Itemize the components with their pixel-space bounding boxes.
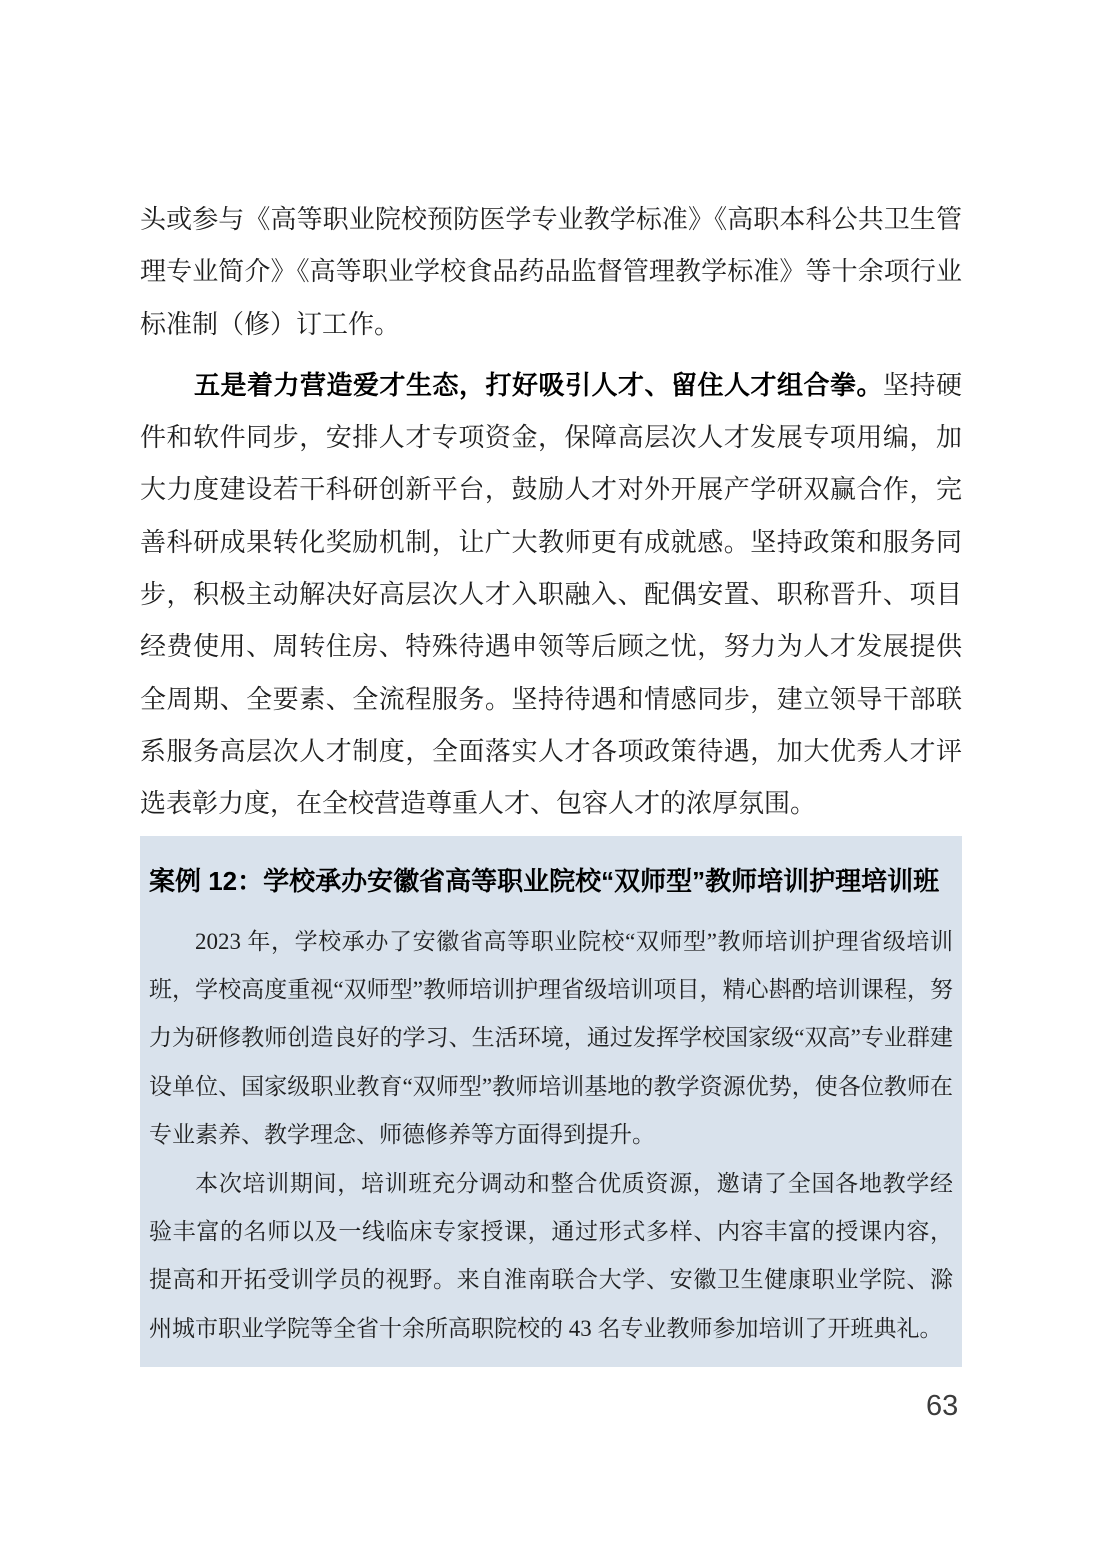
page-number: 63 — [926, 1390, 966, 1423]
case-study-box: 案例 12：学校承办安徽省高等职业院校“双师型”教师培训护理培训班 2023 年… — [140, 836, 962, 1368]
case-study-title: 案例 12：学校承办安徽省高等职业院校“双师型”教师培训护理培训班 — [149, 861, 953, 901]
case-study-paragraph-1: 2023 年，学校承办了安徽省高等职业院校“双师型”教师培训护理省级培训班，学校… — [149, 918, 953, 1160]
lead-paragraph-body: 坚持硬件和软件同步，安排人才专项资金，保障高层次人才发展专项用编，加大力度建设若… — [140, 371, 962, 818]
bold-lead-sentence: 五是着力营造爱才生态，打好吸引人才、留住人才组合拳。 — [194, 371, 883, 400]
document-page: 头或参与《高等职业院校预防医学专业教学标准》《高职本科公共卫生管理专业简介》《高… — [0, 0, 1102, 1559]
main-text-block: 头或参与《高等职业院校预防医学专业教学标准》《高职本科公共卫生管理专业简介》《高… — [140, 194, 962, 1367]
case-study-paragraph-2: 本次培训期间，培训班充分调动和整合优质资源，邀请了全国各地教学经验丰富的名师以及… — [149, 1160, 953, 1354]
lead-paragraph: 五是着力营造爱才生态，打好吸引人才、留住人才组合拳。坚持硬件和软件同步，安排人才… — [140, 360, 962, 831]
paragraph-continuation: 头或参与《高等职业院校预防医学专业教学标准》《高职本科公共卫生管理专业简介》《高… — [140, 194, 962, 351]
